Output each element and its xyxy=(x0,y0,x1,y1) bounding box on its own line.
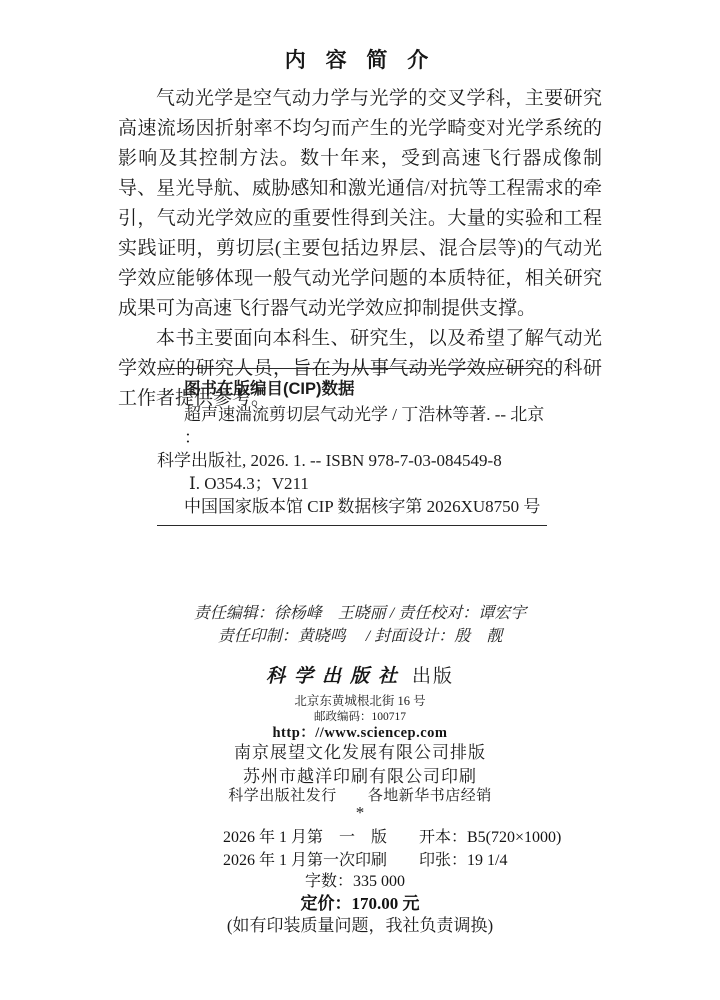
cip-heading: 图书在版编目(CIP)数据 xyxy=(184,378,547,401)
cip-publisher-isbn: 科学出版社, 2026. 1. -- ISBN 978-7-03-084549-… xyxy=(157,449,547,472)
asterisk-separator: * xyxy=(0,803,720,823)
quality-note: (如有印装质量问题，我社负责调换) xyxy=(0,911,720,936)
staff-credits: 责任编辑：徐杨峰 王晓丽 / 责任校对：谭宏宇 责任印制：黄晓鸣 / 封面设计：… xyxy=(0,602,720,648)
distribution-line: 科学出版社发行 各地新华书店经销 xyxy=(0,784,720,805)
credits-print-design: 责任印制：黄晓鸣 / 封面设计：殷 靓 xyxy=(0,625,720,648)
typesetting-company: 南京展望文化发展有限公司排版 xyxy=(0,738,720,763)
colophon-page: 内 容 简 介 气动光学是空气动力学与光学的交叉学科，主要研究高速流场因折射率不… xyxy=(0,0,720,1000)
edition-info: 2026 年 1 月第 一 版 开本：B5(720×1000) 2026 年 1… xyxy=(223,827,561,872)
summary-paragraph-1: 气动光学是空气动力学与光学的交叉学科，主要研究高速流场因折射率不均匀而产生的光学… xyxy=(118,84,602,324)
publisher-name: 科学出版社 xyxy=(266,666,406,687)
publisher-address: 北京东黄城根北街 16 号 xyxy=(0,691,720,709)
word-count: 字数：335 000 xyxy=(0,868,710,891)
cip-box: 图书在版编目(CIP)数据 超声速湍流剪切层气动光学 / 丁浩林等著. -- 北… xyxy=(157,368,547,526)
publisher-line: 科学出版社出版 xyxy=(0,661,720,688)
cip-title-author: 超声速湍流剪切层气动光学 / 丁浩林等著. -- 北京 ： xyxy=(184,403,547,449)
publish-label: 出版 xyxy=(412,666,454,687)
cip-classification: Ⅰ. O354.3；V211 xyxy=(189,472,547,495)
cip-record-number: 中国国家版本馆 CIP 数据核字第 2026XU8750 号 xyxy=(184,495,547,518)
content-summary: 气动光学是空气动力学与光学的交叉学科，主要研究高速流场因折射率不均匀而产生的光学… xyxy=(118,84,602,414)
edition-line-format: 2026 年 1 月第 一 版 开本：B5(720×1000) xyxy=(223,827,561,850)
page-title: 内 容 简 介 xyxy=(0,44,720,74)
credits-editors: 责任编辑：徐杨峰 王晓丽 / 责任校对：谭宏宇 xyxy=(0,602,720,625)
